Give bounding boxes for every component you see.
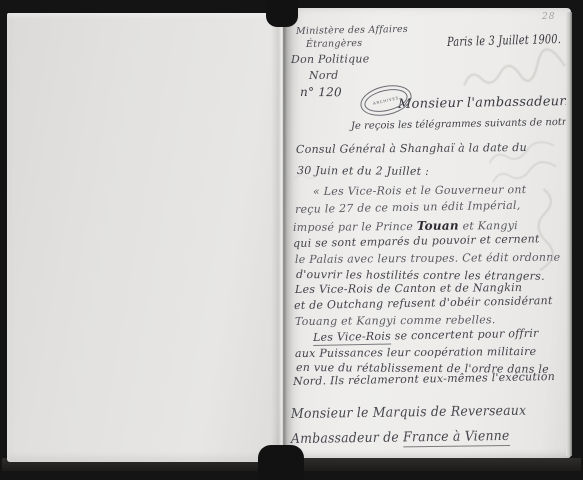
- recipient-name: Monsieur le Marquis de Reverseaux: [291, 403, 527, 422]
- folio-number: 28: [542, 12, 555, 22]
- manuscript-segment: et Kangyi: [459, 219, 518, 233]
- letterhead-ministry-2: Étrangères: [306, 38, 363, 50]
- manuscript-line: le Palais avec leurs troupes. Cet édit o…: [295, 251, 560, 266]
- document-scan: 28 Ministère des Affaires Étrangères Don…: [0, 0, 583, 480]
- letterhead-bureau: Nord: [309, 69, 339, 82]
- ink-bleedthrough: [528, 185, 569, 287]
- recipient-title: Ambassadeur de France à Vienne: [291, 428, 510, 447]
- manuscript-segment: se concertent pour offrir: [391, 327, 539, 343]
- recipient-title-segment: Ambassadeur de: [291, 429, 403, 447]
- manuscript-insertion-touan: Touan: [417, 219, 459, 233]
- ink-bleedthrough: [459, 44, 572, 98]
- manuscript-line: Touang et Kangyi comme rebelles.: [295, 313, 496, 328]
- salutation: Monsieur l'ambassadeur.: [398, 94, 569, 112]
- blank-verso-page: [7, 13, 283, 462]
- manuscript-underlined: Les Vice-Rois: [313, 330, 391, 346]
- letterhead-direction: Don Politique: [291, 52, 370, 66]
- manuscript-line: qui se sont emparés du pouvoir et cernen…: [293, 232, 540, 250]
- page-stack-edge: [566, 12, 572, 456]
- letter-page: 28 Ministère des Affaires Étrangères Don…: [283, 8, 571, 458]
- binding-notch-bottom: [258, 445, 304, 480]
- manuscript-line: imposé par le Prince Touan et Kangyi: [293, 218, 518, 234]
- archive-stamp-label: ARCHIVES: [373, 95, 400, 106]
- dispatch-number: n° 120: [300, 85, 342, 99]
- manuscript-line: reçu le 27 de ce mois un édit Impérial,: [295, 199, 521, 216]
- letterhead-ministry: Ministère des Affaires: [296, 24, 408, 37]
- manuscript-line: Les Vice-Rois de Canton et de Nangkin: [295, 281, 522, 296]
- binding-notch-top: [266, 0, 298, 27]
- manuscript-line: et de Outchang refusent d'obéir considér…: [294, 294, 553, 312]
- manuscript-segment: imposé par le Prince: [293, 220, 417, 234]
- manuscript-line: aux Puissances leur coopération militair…: [295, 345, 536, 360]
- recipient-title-underlined: France à Vienne: [403, 428, 510, 447]
- manuscript-line: Les Vice-Rois se concertent pour offrir: [313, 327, 539, 344]
- ink-bleedthrough: [291, 151, 344, 197]
